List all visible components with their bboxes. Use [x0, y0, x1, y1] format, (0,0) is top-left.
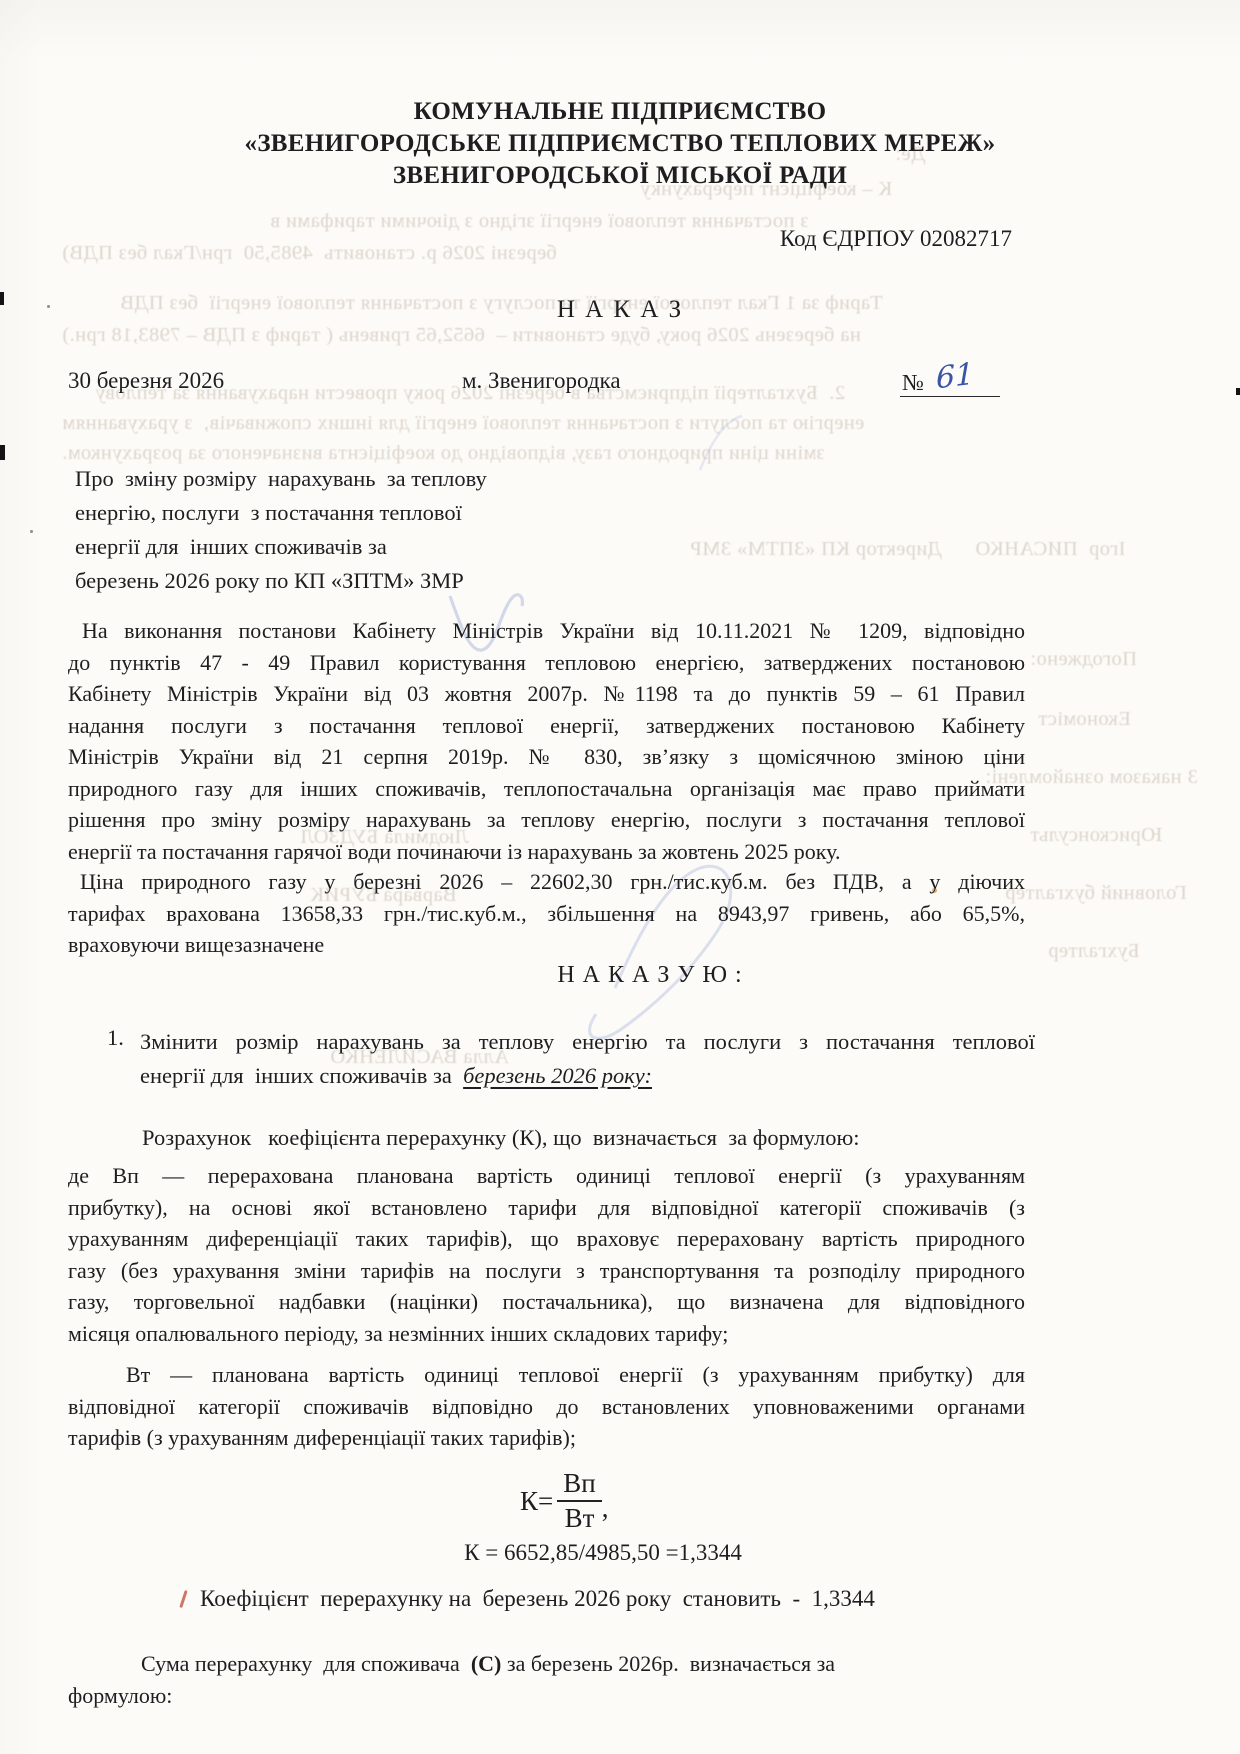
vp-definition-paragraph: де Вп — перерахована планована вартість …: [68, 1160, 1025, 1349]
scanned-order-document: Де:К – коефіцієнт перерахункуз постачанн…: [0, 0, 1240, 1754]
nakazuyu-heading: Н А К А З У Ю :: [0, 962, 1240, 989]
order-title: Н А К А З: [0, 296, 1240, 324]
vt-definition-paragraph: Вт — планована вартість одиниці теплової…: [68, 1359, 1025, 1454]
text-line: Кабінету Міністрів України від 03 жовтня…: [68, 678, 1025, 710]
preamble-paragraph: На виконання постанови Кабінету Міністрі…: [68, 615, 1025, 867]
bleedthrough-text: Директор КП «ЗПТМ» ЗМР: [690, 538, 942, 561]
bleedthrough-text: Головний бухгалтер: [1005, 882, 1187, 905]
order-date: 30 березня 2026: [68, 368, 224, 394]
text-line: енергії для інших споживачів за: [75, 530, 555, 564]
edrpou-code: Код ЄДРПОУ 02082717: [780, 226, 1012, 252]
item-1-line2-prefix: енергії для інших споживачів за: [140, 1063, 463, 1088]
bleedthrough-text: Ігор ПИСАНКО: [975, 538, 1126, 561]
formula-fraction: Вп Вт: [557, 1468, 601, 1534]
formula-lhs: К=: [520, 1486, 553, 1517]
number-sign: №: [902, 370, 924, 396]
recalculation-sum-paragraph: Сума перерахунку для споживача (С) за бе…: [68, 1648, 1025, 1711]
gas-price-paragraph: Ціна природного газу у березні 2026 – 22…: [68, 866, 1025, 961]
coefficient-calculation-line: К = 6652,85/4985,50 =1,3344: [0, 1540, 1206, 1566]
text-line: газу (без урахування зміни тарифів на по…: [68, 1255, 1025, 1287]
scan-speck: [30, 530, 33, 533]
text-line: місяця опалювального періоду, за незмінн…: [68, 1318, 1025, 1350]
order-city: м. Звенигородка: [462, 368, 621, 394]
text-line: рішення про зміну розміру нарахувань за …: [68, 804, 1025, 836]
order-item-1: Змінити розмір нарахувань за теплову ене…: [140, 1025, 1035, 1093]
text-line: природного газу для інших споживачів, те…: [68, 773, 1025, 805]
text-line: Сума перерахунку для споживача (С) за бе…: [68, 1648, 1025, 1680]
order-item-1-line1: Змінити розмір нарахувань за теплову ене…: [140, 1025, 1035, 1059]
text-line: де Вп — перерахована планована вартість …: [68, 1160, 1025, 1192]
formula-comma: ,: [602, 1493, 609, 1534]
text-line: прибутку), на основі якої встановлено та…: [68, 1192, 1025, 1224]
bleedthrough-text: Юрисконсульт: [1030, 824, 1162, 847]
coefficient-result-line: Коефіцієнт перерахунку на березень 2026 …: [200, 1586, 875, 1612]
bleedthrough-text: Бухгалтер: [1048, 940, 1140, 963]
order-number-blank: № 61: [900, 360, 1000, 397]
organization-header: КОМУНАЛЬНЕ ПІДПРИЄМСТВО «ЗВЕНИГОРОДСЬКЕ …: [0, 96, 1240, 192]
text-line: враховуючи вищезазначене: [68, 929, 1025, 961]
bleedthrough-text: з постачання теплової енергії згідно з д…: [270, 210, 809, 233]
organization-name-line: ЗВЕНИГОРОДСЬКОЇ МІСЬКОЇ РАДИ: [0, 160, 1240, 192]
organization-name-line: КОМУНАЛЬНЕ ПІДПРИЄМСТВО: [0, 96, 1240, 128]
text-line: енергію, послуги з постачання теплової: [75, 496, 555, 530]
text-line: тарифах врахована 13658,33 грн./тис.куб.…: [68, 898, 1025, 930]
text-line: енергії та постачання гарячої води почин…: [68, 836, 1025, 868]
text-line: березень 2026 року по КП «ЗПТМ» ЗМР: [75, 564, 555, 598]
text-line: На виконання постанови Кабінету Міністрі…: [68, 615, 1025, 647]
text-line: Міністрів України від 21 серпня 2019р. №…: [68, 741, 1025, 773]
bleedthrough-text: Погоджено:: [1030, 648, 1137, 671]
text-line: газу, торговельної надбавки (націнки) по…: [68, 1286, 1025, 1318]
scan-edge-artifact: [1236, 388, 1240, 395]
bleedthrough-text: на березень 2026 року, буде становити – …: [62, 324, 861, 347]
pen-checkmark: [176, 1588, 190, 1608]
coefficient-calculation-intro: Розрахунок коефіцієнта перерахунку (К), …: [142, 1125, 860, 1151]
bleedthrough-text: Економіст: [1038, 708, 1131, 731]
text-line: урахуванням диференціації таких тарифів)…: [68, 1223, 1025, 1255]
text-line: формулою:: [68, 1680, 1025, 1712]
fraction-denominator: Вт: [557, 1500, 601, 1534]
text-line: Змінити розмір нарахувань за теплову ене…: [140, 1025, 1035, 1059]
text-line: Про зміну розміру нарахувань за теплову: [75, 462, 555, 496]
bold-symbol-c: (С): [471, 1651, 502, 1676]
order-subject: Про зміну розміру нарахувань за тепловуе…: [75, 462, 555, 598]
text-line: Вт — планована вартість одиниці теплової…: [68, 1359, 1025, 1391]
coefficient-formula: К= Вп Вт ,: [520, 1468, 608, 1534]
organization-name-line: «ЗВЕНИГОРОДСЬКЕ ПІДПРИЄМСТВО ТЕПЛОВИХ МЕ…: [0, 128, 1240, 160]
scan-edge-artifact: [0, 445, 5, 460]
order-item-1-line2: енергії для інших споживачів за березень…: [140, 1059, 1035, 1093]
bleedthrough-text: енергію та послуги з постачання теплової…: [62, 412, 864, 435]
text-line: до пунктів 47 - 49 Правил користування т…: [68, 647, 1025, 679]
list-item-number: 1.: [107, 1025, 124, 1051]
underlined-period: березень 2026 року:: [463, 1063, 652, 1088]
text-line: надання послуги з постачання теплової ен…: [68, 710, 1025, 742]
text-line: відповідної категорії споживачів відпові…: [68, 1391, 1025, 1423]
text-line: тарифів (з урахуванням диференціації так…: [68, 1422, 1025, 1454]
bleedthrough-text: березні 2026 р. становить 4985,50 грн/Гк…: [62, 242, 557, 265]
text-line: Ціна природного газу у березні 2026 – 22…: [68, 866, 1025, 898]
handwritten-order-number: 61: [936, 357, 975, 397]
fraction-numerator: Вп: [557, 1468, 601, 1500]
